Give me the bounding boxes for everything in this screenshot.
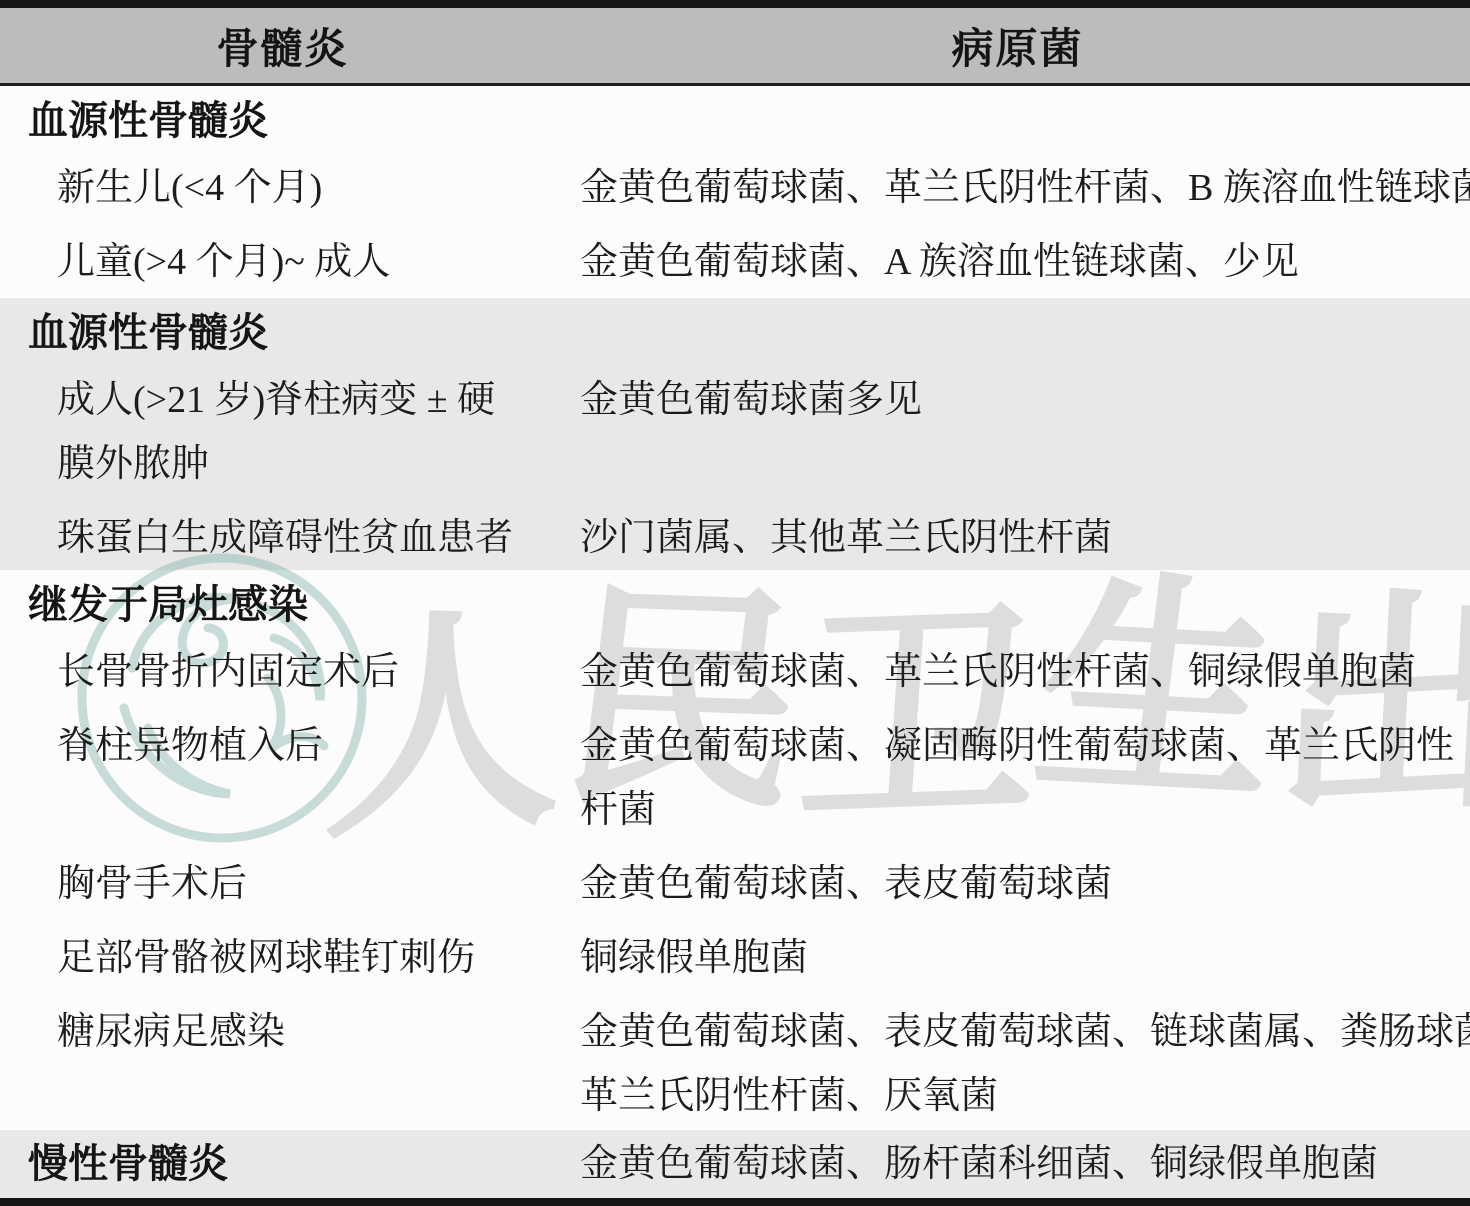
condition-cell: 长骨骨折内固定术后	[0, 640, 565, 704]
table-row: 脊柱异物植入后金黄色葡萄球菌、凝固酶阴性葡萄球菌、革兰氏阴性杆菌	[0, 714, 1470, 842]
pathogen-line: 金黄色葡萄球菌、革兰氏阴性杆菌、B 族溶血性链球菌	[580, 156, 1470, 220]
table-row: 成人(>21 岁)脊柱病变 ± 硬膜外脓肿金黄色葡萄球菌多见	[0, 368, 1470, 496]
table-section: 血源性骨髓炎成人(>21 岁)脊柱病变 ± 硬膜外脓肿金黄色葡萄球菌多见珠蛋白生…	[0, 298, 1470, 570]
pathogen-cell: 金黄色葡萄球菌、表皮葡萄球菌	[565, 852, 1470, 916]
table-section: 血源性骨髓炎新生儿(<4 个月)金黄色葡萄球菌、革兰氏阴性杆菌、B 族溶血性链球…	[0, 86, 1470, 298]
condition-cell: 儿童(>4 个月)~ 成人	[0, 230, 565, 294]
pathogen-line: 金黄色葡萄球菌、凝固酶阴性葡萄球菌、革兰氏阴性	[580, 714, 1454, 778]
condition-line: 糖尿病足感染	[57, 1000, 565, 1064]
condition-line: 儿童(>4 个月)~ 成人	[57, 230, 565, 294]
table-row: 珠蛋白生成障碍性贫血患者沙门菌属、其他革兰氏阴性杆菌	[0, 506, 1470, 570]
condition-line: 珠蛋白生成障碍性贫血患者	[57, 506, 565, 570]
table-row: 慢性骨髓炎金黄色葡萄球菌、肠杆菌科细菌、铜绿假单胞菌	[0, 1130, 1470, 1198]
condition-cell: 胸骨手术后	[0, 852, 565, 916]
column-header-pathogen: 病原菌	[565, 8, 1470, 83]
condition-cell: 慢性骨髓炎	[0, 1134, 565, 1194]
pathogen-line: 金黄色葡萄球菌、表皮葡萄球菌、链球菌属、粪肠球菌、	[580, 1000, 1470, 1064]
condition-line: 脊柱异物植入后	[57, 714, 565, 778]
condition-line: 足部骨骼被网球鞋钉刺伤	[57, 926, 565, 990]
table-row: 新生儿(<4 个月)金黄色葡萄球菌、革兰氏阴性杆菌、B 族溶血性链球菌	[0, 156, 1470, 220]
table-row: 长骨骨折内固定术后金黄色葡萄球菌、革兰氏阴性杆菌、铜绿假单胞菌	[0, 640, 1470, 704]
pathogen-cell: 金黄色葡萄球菌、革兰氏阴性杆菌、铜绿假单胞菌	[565, 640, 1470, 704]
condition-line: 长骨骨折内固定术后	[57, 640, 565, 704]
condition-cell: 新生儿(<4 个月)	[0, 156, 565, 220]
pathogen-cell: 金黄色葡萄球菌多见	[565, 368, 1470, 496]
table-section: 慢性骨髓炎金黄色葡萄球菌、肠杆菌科细菌、铜绿假单胞菌	[0, 1130, 1470, 1198]
column-header-osteomyelitis: 骨髓炎	[0, 8, 565, 83]
table-bottom-border	[0, 1198, 1470, 1206]
pathogen-cell: 金黄色葡萄球菌、革兰氏阴性杆菌、B 族溶血性链球菌	[565, 156, 1470, 220]
condition-cell: 糖尿病足感染	[0, 1000, 565, 1128]
pathogen-cell: 金黄色葡萄球菌、凝固酶阴性葡萄球菌、革兰氏阴性杆菌	[565, 714, 1470, 842]
pathogen-cell: 金黄色葡萄球菌、A 族溶血性链球菌、少见	[565, 230, 1470, 294]
condition-line: 新生儿(<4 个月)	[57, 156, 565, 220]
condition-line: 胸骨手术后	[57, 852, 565, 916]
table-row: 糖尿病足感染金黄色葡萄球菌、表皮葡萄球菌、链球菌属、粪肠球菌、革兰氏阴性杆菌、厌…	[0, 1000, 1470, 1128]
condition-cell: 足部骨骼被网球鞋钉刺伤	[0, 926, 565, 990]
condition-cell: 珠蛋白生成障碍性贫血患者	[0, 506, 565, 570]
pathogen-cell: 金黄色葡萄球菌、肠杆菌科细菌、铜绿假单胞菌	[565, 1132, 1470, 1196]
section-title: 血源性骨髓炎	[0, 308, 1470, 358]
pathogen-cell: 铜绿假单胞菌	[565, 926, 1470, 990]
pathogen-line: 金黄色葡萄球菌、肠杆菌科细菌、铜绿假单胞菌	[580, 1132, 1452, 1196]
osteomyelitis-pathogen-table: 骨髓炎 病原菌 血源性骨髓炎新生儿(<4 个月)金黄色葡萄球菌、革兰氏阴性杆菌、…	[0, 0, 1470, 1206]
condition-line: 膜外脓肿	[57, 432, 565, 496]
section-title: 血源性骨髓炎	[0, 96, 1470, 146]
table-body: 血源性骨髓炎新生儿(<4 个月)金黄色葡萄球菌、革兰氏阴性杆菌、B 族溶血性链球…	[0, 86, 1470, 1198]
pathogen-line: 铜绿假单胞菌	[580, 926, 1452, 990]
pathogen-cell: 沙门菌属、其他革兰氏阴性杆菌	[565, 506, 1470, 570]
table-row: 足部骨骼被网球鞋钉刺伤铜绿假单胞菌	[0, 926, 1470, 990]
condition-cell: 成人(>21 岁)脊柱病变 ± 硬膜外脓肿	[0, 368, 565, 496]
table-row: 胸骨手术后金黄色葡萄球菌、表皮葡萄球菌	[0, 852, 1470, 916]
table-section: 继发于局灶感染长骨骨折内固定术后金黄色葡萄球菌、革兰氏阴性杆菌、铜绿假单胞菌脊柱…	[0, 570, 1470, 1130]
pathogen-line: 沙门菌属、其他革兰氏阴性杆菌	[580, 506, 1452, 570]
section-title: 慢性骨髓炎	[28, 1134, 565, 1194]
table-row: 儿童(>4 个月)~ 成人金黄色葡萄球菌、A 族溶血性链球菌、少见	[0, 230, 1470, 294]
pathogen-line: 杆菌	[580, 778, 1454, 842]
condition-line: 成人(>21 岁)脊柱病变 ± 硬	[57, 368, 565, 432]
pathogen-line: 金黄色葡萄球菌、革兰氏阴性杆菌、铜绿假单胞菌	[580, 640, 1452, 704]
pathogen-line: 革兰氏阴性杆菌、厌氧菌	[580, 1064, 1470, 1128]
table-header-row: 骨髓炎 病原菌	[0, 8, 1470, 86]
table-top-border	[0, 0, 1470, 8]
condition-cell: 脊柱异物植入后	[0, 714, 565, 842]
pathogen-line: 金黄色葡萄球菌、A 族溶血性链球菌、少见	[580, 230, 1452, 294]
pathogen-cell: 金黄色葡萄球菌、表皮葡萄球菌、链球菌属、粪肠球菌、革兰氏阴性杆菌、厌氧菌	[565, 1000, 1470, 1128]
section-title: 继发于局灶感染	[0, 580, 1470, 630]
pathogen-line: 金黄色葡萄球菌多见	[580, 368, 1452, 432]
pathogen-line: 金黄色葡萄球菌、表皮葡萄球菌	[580, 852, 1452, 916]
